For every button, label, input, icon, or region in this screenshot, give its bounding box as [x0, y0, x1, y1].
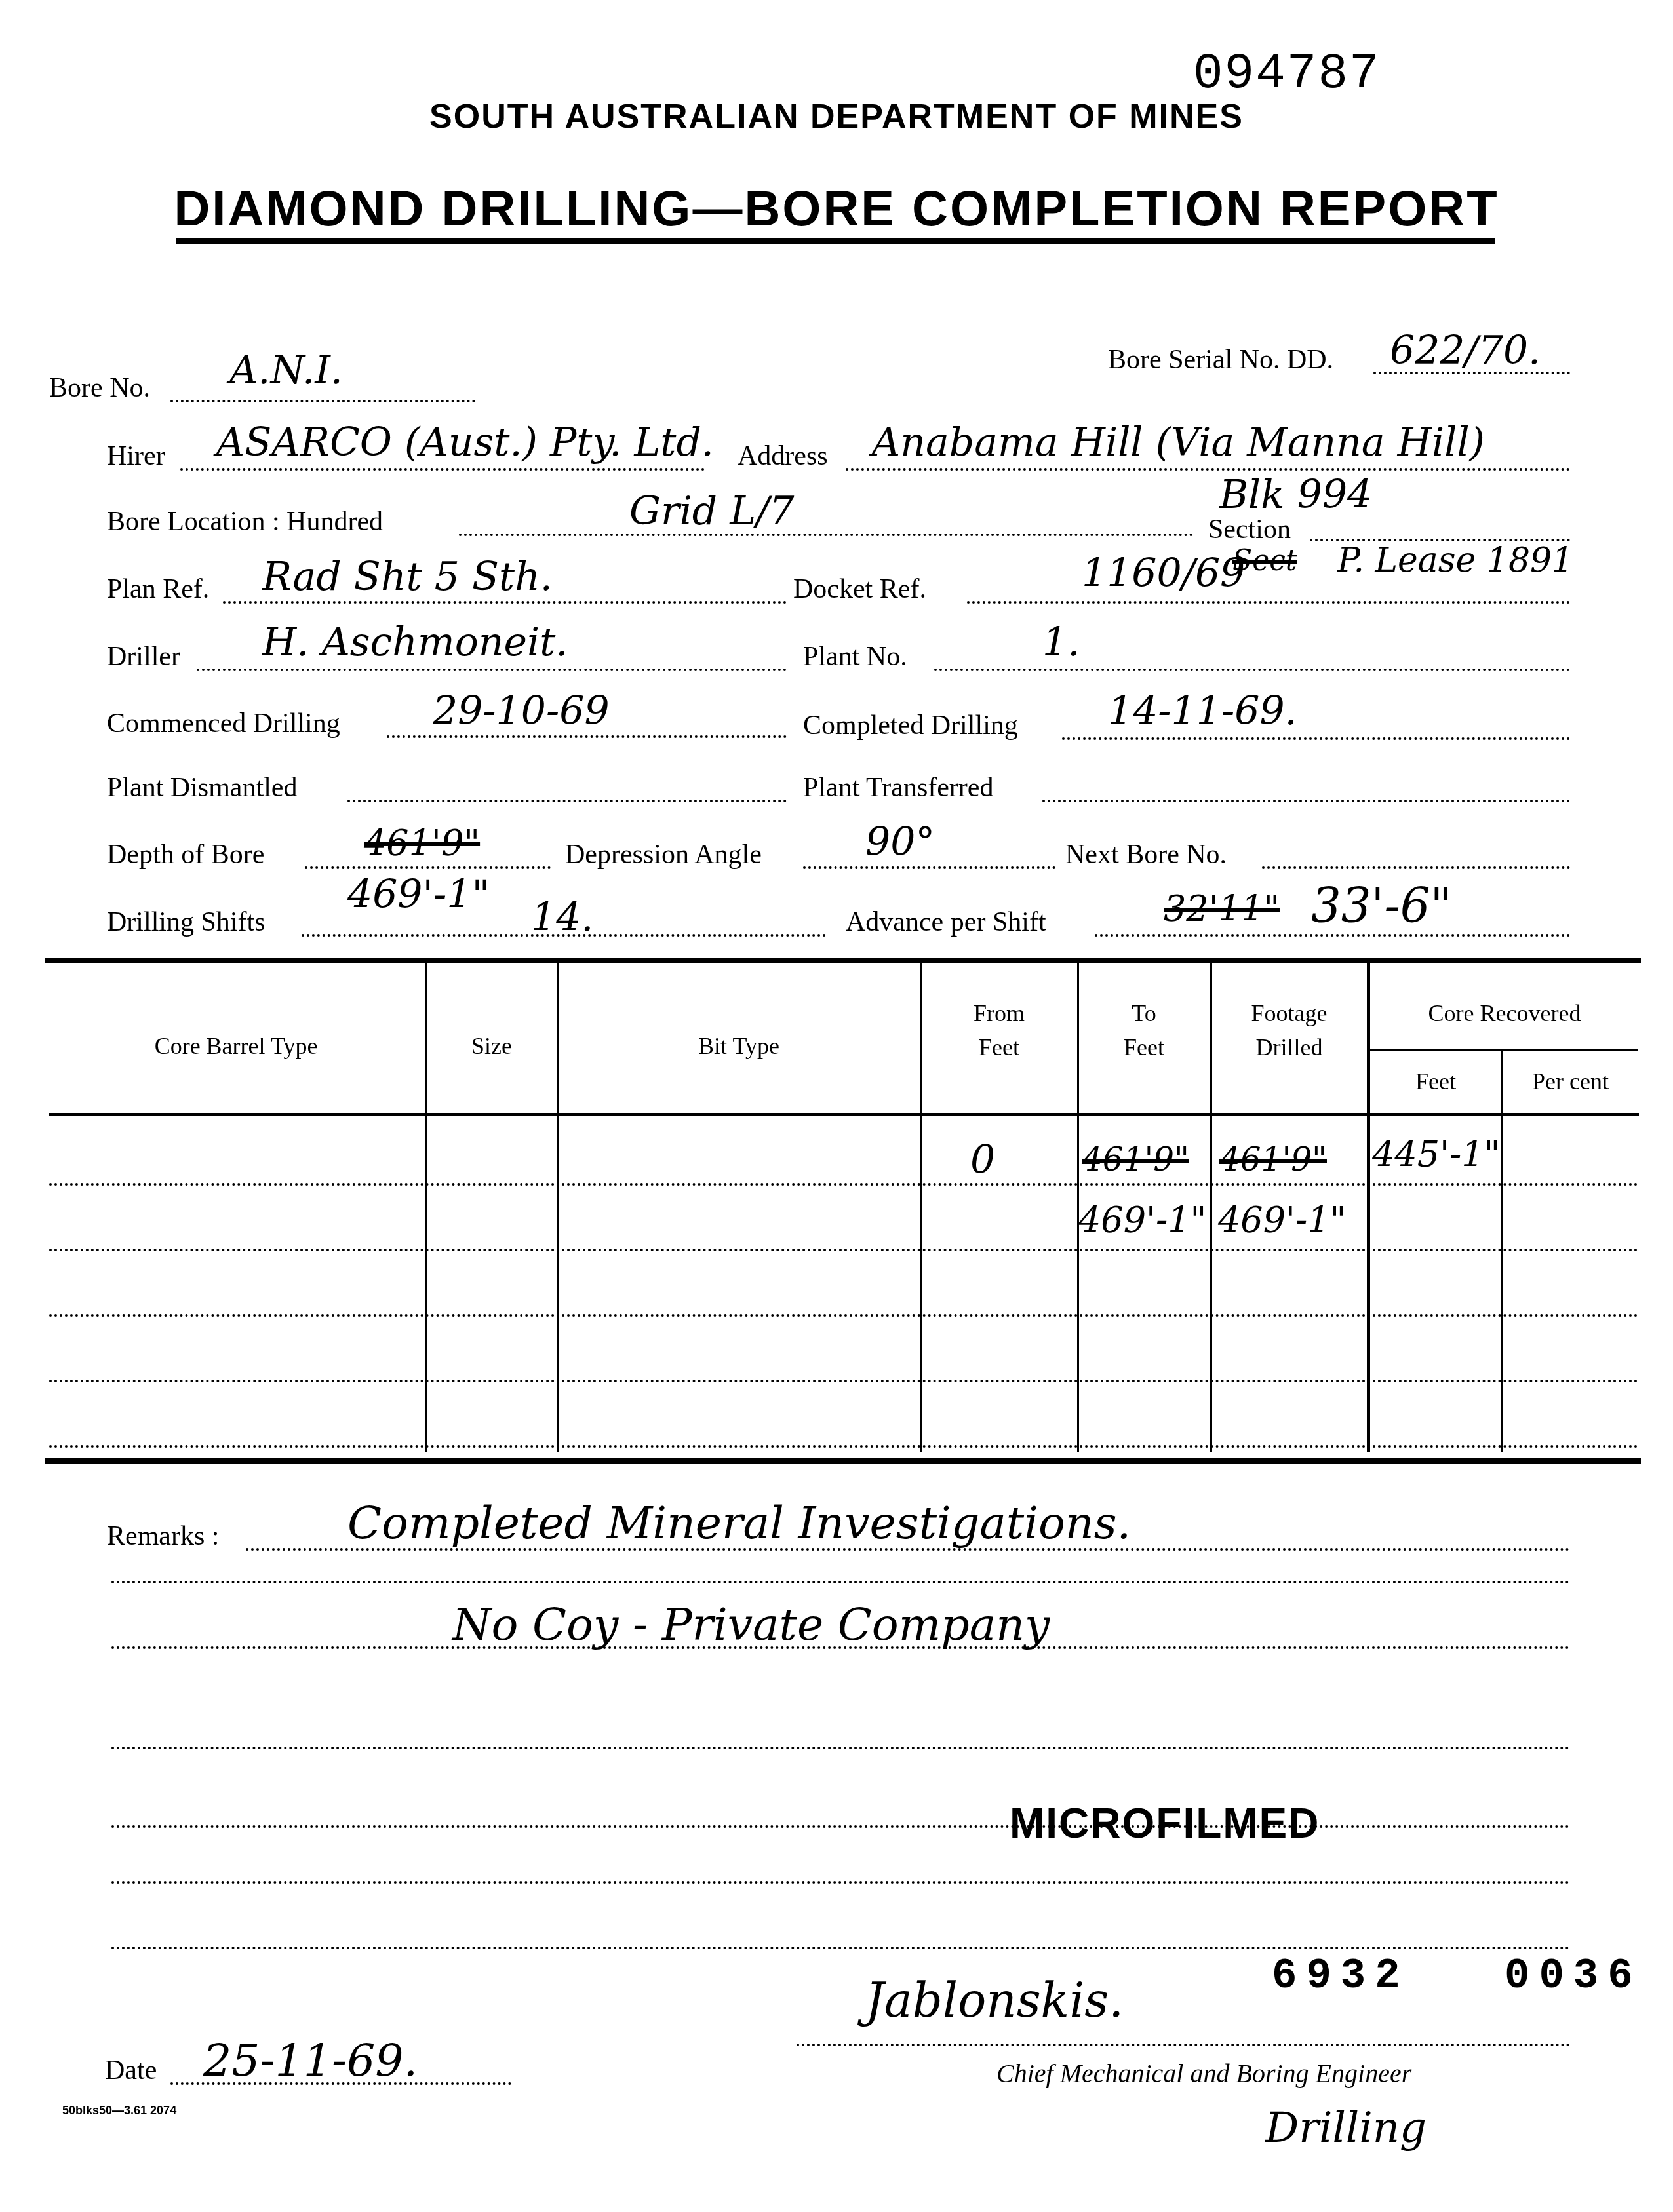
- header-core-recovered: Core Recovered: [1370, 996, 1639, 1030]
- header-footage-line1: Footage: [1211, 996, 1367, 1030]
- core-recovered-subrule: [1369, 1049, 1638, 1051]
- header-core-barrel-type: Core Barrel Type: [49, 1029, 423, 1063]
- next-bore-no-label: Next Bore No.: [1065, 839, 1227, 870]
- header-to-line2: Feet: [1078, 1030, 1210, 1064]
- depth-of-bore-value[interactable]: 469'-1": [347, 872, 490, 918]
- signature: Jablonskis.: [865, 1973, 1124, 2028]
- plant-dismantled-line: [347, 800, 787, 802]
- docket-ref-line: [967, 601, 1570, 604]
- driller-label: Driller: [107, 641, 180, 672]
- address-label: Address: [738, 440, 828, 472]
- plant-no-line: [934, 669, 1570, 671]
- title-underline: [176, 238, 1495, 244]
- header-bottom-rule: [49, 1113, 1639, 1116]
- plan-ref-label: Plan Ref.: [107, 573, 209, 605]
- reference-number-1: 6932: [1272, 1953, 1409, 2000]
- row1-from-feet[interactable]: 0: [970, 1137, 995, 1183]
- commenced-drilling-line: [387, 735, 787, 738]
- report-title: DIAMOND DRILLING—BORE COMPLETION REPORT: [0, 180, 1673, 237]
- date-value[interactable]: 25-11-69.: [203, 2035, 418, 2087]
- next-bore-no-line: [1262, 866, 1570, 869]
- signatory-title: Chief Mechanical and Boring Engineer: [996, 2058, 1411, 2089]
- remarks-line: [111, 1747, 1570, 1749]
- reference-number-2: 0036: [1505, 1953, 1642, 2000]
- row1-core-feet[interactable]: 445'-1": [1372, 1134, 1500, 1175]
- depth-of-bore-struck-value: 461'9": [364, 823, 480, 864]
- bore-no-line: [170, 400, 475, 402]
- remarks-line: [111, 1881, 1570, 1884]
- docket-ref-value[interactable]: 1160/69: [1082, 551, 1245, 596]
- table-bottom-rule: [45, 1458, 1641, 1464]
- row2-to-feet[interactable]: 469'-1": [1078, 1199, 1206, 1241]
- bore-location-label: Bore Location : Hundred: [107, 506, 383, 537]
- advance-per-shift-label: Advance per Shift: [846, 906, 1046, 938]
- microfilmed-stamp: MICROFILMED: [1010, 1799, 1320, 1848]
- completed-drilling-value[interactable]: 14-11-69.: [1108, 688, 1297, 734]
- plant-no-label: Plant No.: [803, 641, 907, 672]
- remarks-line-2[interactable]: No Coy - Private Company: [452, 1599, 1050, 1651]
- header-bit-type: Bit Type: [559, 1029, 919, 1063]
- docket-ref-struck-note: Sect: [1232, 544, 1297, 577]
- section-value[interactable]: Blk 994: [1219, 472, 1372, 518]
- row-line: [49, 1445, 1639, 1448]
- header-to-feet: To Feet: [1078, 996, 1210, 1064]
- docket-ref-label: Docket Ref.: [793, 573, 926, 605]
- print-code: 50blks50—3.61 2074: [62, 2104, 176, 2118]
- header-size: Size: [426, 1029, 557, 1063]
- address-value[interactable]: Anabama Hill (Via Manna Hill): [872, 419, 1485, 465]
- drilling-shifts-value[interactable]: 14.: [531, 895, 593, 941]
- completed-drilling-line: [1062, 737, 1570, 740]
- plan-ref-value[interactable]: Rad Sht 5 Sth.: [262, 554, 553, 600]
- table-top-rule: [45, 958, 1641, 963]
- remarks-line-1[interactable]: Completed Mineral Investigations.: [347, 1498, 1131, 1549]
- section-label: Section: [1208, 514, 1291, 545]
- advance-per-shift-value[interactable]: 33'-6": [1311, 878, 1452, 933]
- depression-angle-label: Depression Angle: [565, 839, 762, 870]
- hirer-value[interactable]: ASARCO (Aust.) Pty. Ltd.: [216, 419, 714, 465]
- docket-ref-note: P. Lease 1891: [1337, 541, 1573, 580]
- depth-of-bore-label: Depth of Bore: [107, 839, 264, 870]
- header-from-feet: From Feet: [921, 996, 1077, 1064]
- commenced-drilling-value[interactable]: 29-10-69: [433, 688, 610, 734]
- date-label: Date: [105, 2055, 157, 2086]
- remarks-label: Remarks :: [107, 1521, 219, 1552]
- depth-of-bore-line: [305, 866, 551, 869]
- row-line: [49, 1249, 1639, 1251]
- bore-location-line: [459, 534, 1193, 536]
- header-to-line1: To: [1078, 996, 1210, 1030]
- completed-drilling-label: Completed Drilling: [803, 710, 1018, 741]
- plant-no-value[interactable]: 1.: [1042, 619, 1080, 665]
- col-divider-thick: [1367, 963, 1370, 1452]
- header-footage-drilled: Footage Drilled: [1211, 996, 1367, 1064]
- bore-location-value[interactable]: Grid L/7: [629, 488, 795, 534]
- hirer-line: [180, 468, 705, 471]
- row1-footage-struck: 461'9": [1219, 1140, 1327, 1178]
- form-number: 094787: [1193, 46, 1381, 102]
- drilling-shifts-label: Drilling Shifts: [107, 906, 266, 938]
- row-line: [49, 1314, 1639, 1317]
- remarks-line: [111, 1581, 1570, 1583]
- row1-to-feet-struck: 461'9": [1082, 1140, 1189, 1178]
- depression-angle-line: [803, 866, 1055, 869]
- plant-transferred-line: [1042, 800, 1570, 802]
- header-from-line2: Feet: [921, 1030, 1077, 1064]
- header-footage-line2: Drilled: [1211, 1030, 1367, 1064]
- header-from-line1: From: [921, 996, 1077, 1030]
- advance-per-shift-struck-value: 32'11": [1164, 888, 1280, 929]
- remarks-line: [111, 1825, 1570, 1828]
- plant-dismantled-label: Plant Dismantled: [107, 772, 297, 804]
- remarks-line: [111, 1947, 1570, 1949]
- row2-footage[interactable]: 469'-1": [1218, 1199, 1346, 1241]
- advance-per-shift-line: [1095, 934, 1570, 937]
- plan-ref-line: [223, 601, 787, 604]
- driller-value[interactable]: H. Aschmoneit.: [262, 619, 568, 665]
- row-line: [49, 1380, 1639, 1382]
- signature-line: [797, 2044, 1570, 2046]
- row-line: [49, 1183, 1639, 1186]
- signatory-note: Drilling: [1265, 2104, 1427, 2152]
- header-core-percent: Per cent: [1503, 1064, 1638, 1098]
- depression-angle-value[interactable]: 90°: [865, 819, 935, 865]
- bore-no-label: Bore No.: [49, 372, 150, 404]
- commenced-drilling-label: Commenced Drilling: [107, 708, 340, 739]
- hirer-label: Hirer: [107, 440, 165, 472]
- address-line: [846, 468, 1570, 471]
- bore-no-value[interactable]: A.N.I.: [229, 347, 343, 393]
- bore-serial-value[interactable]: 622/70.: [1390, 328, 1541, 374]
- bore-serial-label: Bore Serial No. DD.: [1108, 344, 1333, 376]
- header-core-feet: Feet: [1370, 1064, 1501, 1098]
- driller-line: [197, 669, 787, 671]
- plant-transferred-label: Plant Transferred: [803, 772, 993, 804]
- department-name: SOUTH AUSTRALIAN DEPARTMENT OF MINES: [0, 97, 1673, 136]
